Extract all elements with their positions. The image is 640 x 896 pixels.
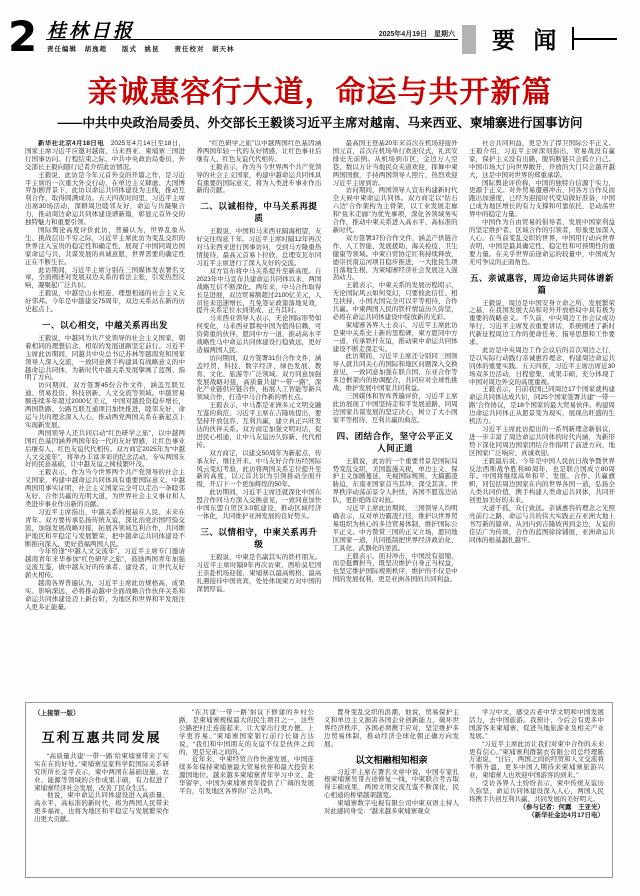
box-column: 置身变乱交织的浪潮，他说，贸易保护主义和单边主义损害各国企业创新能力，破坏世界经… [324, 709, 459, 871]
body-paragraph: 王毅说，中柬是名副其实的铁杆朋友。习近平主席时隔9年再次访柬，西哈莫尼国王亲赴机… [196, 554, 321, 594]
main-article: 新华社北京4月18日电 2025年4月14日至18日，国家主席习近平应邀对越南、… [25, 140, 615, 696]
body-paragraph: 社会共同利益，更是为了捍卫国际公平正义。王毅介绍，习近平主席深刻指出，贸易战没有… [469, 140, 615, 180]
box-column: 学习中文，感受古老中华文明和中国发展活力，去中国旅游。我预计，今后会有更多中国游… [469, 709, 604, 871]
body-paragraph: 双方签署37份合作文件，涵盖产供链合作、人工智能、发展援助、海关检疫、卫生健康等… [333, 235, 458, 282]
body-paragraph: 王毅表示，中马都是亚洲多元文明交融互鉴的典范。习近平主席在吉隆坡提出，要坚持开放… [196, 402, 321, 449]
body-paragraph: 习近平主席指出，中越关系的根基在人民、未来在青年。双方要传承弘扬传统友谊，深化治… [25, 509, 185, 549]
body-paragraph: 越南各界普遍认为，习近平主席此访规格高、成果实、影响深远，必将推动越中全面战略合… [25, 580, 185, 612]
sign-off: （参与记者：何露 王亚光） [469, 804, 604, 812]
body-paragraph: 柬埔寨数字电视有限公司中柬双语主持人对此感同身受：“越来越多柬埔寨观众 [324, 800, 459, 816]
article-column: 最高国王登基20年来首次在机场迎接外国元首，首次在机场举行欢迎仪式，礼宾安排史无… [333, 140, 458, 696]
section-horizontal-rule [572, 38, 617, 40]
staff-credits: 责任编辑 胡逸超 版式 姚昆 责任校对 胡天林 [47, 44, 235, 53]
body-paragraph: 中国作为自由贸易的倡导者、发展中国家利益的坚定维护者、区域合作的引领者，形象更加… [469, 219, 615, 266]
section-heading: 一、以心相交，中越关系再出发 [25, 319, 185, 331]
body-paragraph: 习近平主席在署名文章中说，中国专家扎根柬埔寨吴哥古迹修复一线，中柬联合考古取得丰… [324, 769, 459, 801]
sign-off: （新华社金边4月17日电） [469, 812, 604, 820]
body-paragraph: 三国媒体和智库普遍评价，习近平主席此访展现了中国坚持走和平发展道路、同周边国家共… [333, 393, 458, 425]
section-heading: 四、团结合作，坚守公平正义人间正道 [333, 430, 458, 454]
body-paragraph: 访问期间，双方签署45份合作文件，涵盖互联互通、贸易投资、科技创新、人文交流等领… [25, 382, 185, 429]
body-paragraph: 受访各界人士纷纷表示，柬中传统友谊历久弥坚，命运共同体建设深入人心，两国人民将携… [469, 780, 604, 804]
body-paragraph: 王毅表示，作为当今世界两个共产党领导的社会主义国家，构建中越命运共同体具有重要国… [25, 469, 185, 509]
newspaper-page: 2 桂林日报 责任编辑 胡逸超 版式 姚昆 责任校对 胡天林 2025年4月19… [0, 0, 640, 896]
continued-note: （上接第一版） [34, 710, 169, 718]
article-column: 社会共同利益，更是为了捍卫国际公平正义。王毅介绍，习近平主席深刻指出，贸易战没有… [469, 140, 615, 696]
body-paragraph: 柬埔寨各界人士表示，习近平主席此访是柬中关系史上新的里程碑，柬方愿同中方一道，传… [333, 322, 458, 354]
section-title: 要 闻 [492, 22, 562, 55]
lead-paragraph: 新华社北京4月18日电 2025年4月14日至18日，国家主席习近平应邀对越南、… [25, 140, 185, 172]
body-paragraph: 最高国王登基20年来首次在机场迎接外国元首，首次在机场举行欢迎仪式，礼宾安排史无… [333, 140, 458, 187]
body-paragraph: 此访期间，习近平主席还就深化中国东盟合作同马方深入交换意见，一致同意加快中国东盟… [196, 489, 321, 521]
body-paragraph: 王毅说，中国和马来西亚隔海相望，友好交往绵延千年。习近平主席时隔12年再次对马来… [196, 228, 321, 268]
body-paragraph: 两国领导人还共同启动“红色研学之旅”，以中越两国红色基因涵养两国年轻一代的友好情… [25, 430, 185, 470]
body-paragraph: 国际舆论评价称，中国的独特自信源于实力，更源于正义。对外贸易遭遇冲击，同各方合作… [469, 180, 615, 220]
section-heading: 三、以情相守，中柬关系再升级 [196, 526, 321, 550]
body-paragraph: “习近平主席此访让我们对柬中合作的未来更有信心。”柬埔寨利群制衣有限公司总经理陈… [469, 741, 604, 781]
body-paragraph: 王毅说，中越同为共产党领导的社会主义国家，朝着相同的理想信念、相似的发展道路坚定… [25, 335, 185, 382]
section-heading: 二、以诚相待，中马关系再提质 [196, 200, 321, 224]
box-column: “在共建‘一带一路’倡议下修建的乡村公路，是柬埔寨规模最大的民生项目之一，这些公… [179, 709, 314, 871]
body-paragraph: 此访期间，习近平主席分别在三国媒体发表署名文章，全面阐述对发展双边关系的看法主张… [25, 267, 185, 291]
body-paragraph: 王毅表示，作为当今世界两个共产党领导的社会主义国家，构建中越命运共同体具有重要的… [196, 164, 321, 196]
body-paragraph: 习近平主席此访期间，三国领导人均明确表示，反对单边霸凌行径，维护以世界贸易组织为… [333, 505, 458, 552]
box-title: 互利互惠共同发展 [34, 727, 169, 746]
body-paragraph: 马来西亚领导人表示，无论国际形势如何变化，马来西亚都视中国为值得信赖、可资倚重的… [196, 315, 321, 355]
sub-headline: ——中共中央政治局委员、外交部长王毅谈习近平主席对越南、马来西亚、柬埔寨进行国事… [20, 113, 620, 131]
body-paragraph: 此访是中央周边工作会议后的首次周边之行，是以实际行动践行亲诚惠容理念、构建周边命… [469, 347, 615, 387]
body-paragraph: 王毅说，此访是今年元首外交的开篇之作，是习近平主席的一次重大外交行动，在单边主义… [25, 172, 185, 227]
body-paragraph: 王毅表示，中柬关系的发展历程昭示，无论国际风云如何变幻，只要彼此信任、相互扶持，… [333, 282, 458, 322]
header-rule [46, 39, 458, 40]
body-paragraph: 近年来，中柬经贸合作快速发展，中国连续多年保持柬埔寨最大贸易伙伴和最大投资来源国… [179, 756, 314, 796]
body-paragraph: 王毅表示，目前我国已同周边17个国家就构建命运共同体达成共识，同25个国家签署共… [469, 386, 615, 426]
section-heading: 五、亲诚惠容，周边命运共同体谱新篇 [469, 272, 615, 296]
body-paragraph: 他说，柬中命运共同体建设进入高质量、高水平、高标准的新时代，将为两国人民带来更多… [34, 792, 169, 824]
main-headline: 亲诚惠容行大道，命运与共开新篇 [25, 76, 615, 109]
body-paragraph: 今年恰逢“中越人文交流年”，习近平主席专门邀请越南青年来华参加“红色研学之旅”，… [25, 548, 185, 580]
body-paragraph: “高质量共建‘一带一路’给柬埔寨带来了实实在在的好处。”柬埔寨皇家科学院国际关系… [34, 753, 169, 793]
body-paragraph: 学习中文，感受古老中华文明和中国发展活力，去中国旅游。我预计，今后会有更多中国游… [469, 709, 604, 741]
page-number: 2 [8, 16, 37, 58]
body-paragraph: 访问期间，两国领导人宣布构建新时代全天候中柬命运共同体。双方商定以“钻石六边”合… [333, 187, 458, 234]
article-column: 新华社北京4月18日电 2025年4月14日至18日，国家主席习近平应邀对越南、… [25, 140, 185, 696]
article-column: “红色研学之旅”以中越两国红色基因涵养两国年轻一代的友好情感，让红色事业后继有人… [196, 140, 321, 696]
box-column: （上接第一版）互利互惠共同发展“高质量共建‘一带一路’给柬埔寨带来了实实在在的好… [34, 709, 169, 871]
body-paragraph: 王毅说，中越是山水相连、理想相通的社会主义友好邻邦。今年是中越建交75周年，双边… [25, 290, 185, 314]
issue-date: 2025年4月19日 星期六 [330, 29, 455, 39]
body-paragraph: 访问期间，双方签署31份合作文件，涵盖经贸、科技、数字经济、绿色发展、教育、文化… [196, 355, 321, 402]
body-paragraph: 双方商定，以建交50周年为新起点，传承友好、继往开来。中马友好合作历经国际风云变… [196, 450, 321, 490]
body-paragraph: 置身变乱交织的浪潮，他说，贸易保护主义和单边主义损害各国企业创新能力，破坏世界经… [324, 709, 459, 749]
body-paragraph: 王毅表示，面对冲击，中国没有退缩，而是挺膺担当，既坚决维护自身正当权益，也坚定维… [333, 553, 458, 585]
body-paragraph: “在共建‘一带一路’倡议下修建的乡村公路，是柬埔寨规模最大的民生项目之一，这些公… [179, 709, 314, 756]
body-paragraph: 王毅最后说，今年是中国人民抗日战争暨世界反法西斯战争胜利80周年，也是联合国成立… [469, 458, 615, 505]
body-paragraph: 此访期间，习近平主席还分别同三国领导人就共同关心的国际和地区问题深入交换意见，一… [333, 353, 458, 393]
body-paragraph: “红色研学之旅”以中越两国红色基因涵养两国年轻一代的友好情感，让红色事业后继有人… [196, 140, 321, 164]
body-paragraph: 王毅说，周边是中国安身立命之所、发展繁荣之基，在我国发展大局和对外开放格局中具有… [469, 300, 615, 347]
body-paragraph: 习近平主席此访提出的一系列新理念新倡议，进一步丰富了周边命运共同体的时代内涵，为… [469, 426, 615, 458]
body-paragraph: 大道不孤，众行致远。亲诚惠容的理念之光照亮前行之路，命运与共的伟大实践正在亚洲大… [469, 505, 615, 545]
continued-article-box: （上接第一版）互利互惠共同发展“高质量共建‘一带一路’给柬埔寨带来了实实在在的好… [25, 702, 613, 878]
section-divider-block [462, 25, 476, 54]
body-paragraph: 国际舆论高度评价此访，普遍认为，世界乱象丛生、挑战层出不穷之际，习近平主席此访为… [25, 227, 185, 267]
box-subheading: 以文相融相知相亲 [324, 753, 459, 766]
body-paragraph: 王毅说，此访的一个重要背景是国际局势变乱交织，美国滥施关税，单边主义、保护主义加… [333, 458, 458, 505]
body-paragraph: 双方宣布将中马关系提升至新高度。自2023年中马宣布共建命运共同体以来，两国战略… [196, 268, 321, 315]
